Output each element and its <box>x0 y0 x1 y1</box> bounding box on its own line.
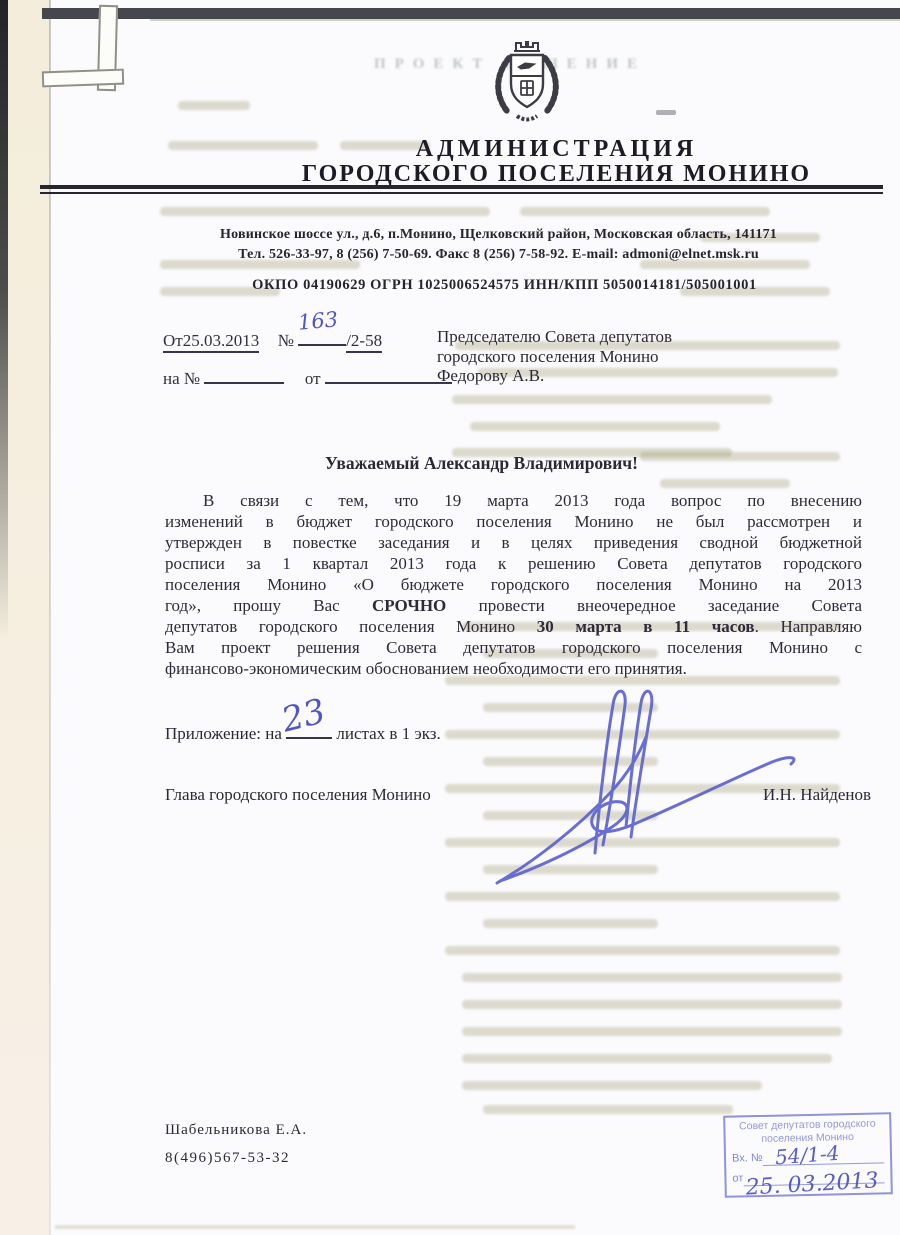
body-text-line: год», прошу Вас СРОЧНО провести внеочере… <box>165 595 862 616</box>
reply-number-blank <box>204 367 284 384</box>
stamp-date-line: 25. 03.2013 <box>743 1164 884 1186</box>
bleedthrough-text-line <box>462 1027 842 1036</box>
attachment-count-handwritten: 23 <box>278 691 330 740</box>
attachment-line: Приложение: на 23 листах в 1 экз. <box>165 722 441 744</box>
greeting-line: Уважаемый Александр Владимирович! <box>133 453 830 474</box>
org-title-line1: АДМИНИСТРАЦИЯ <box>208 136 900 163</box>
body-text-line: Вам проект решения Совета депутатов горо… <box>165 637 862 658</box>
reply-date-label: от <box>305 369 321 388</box>
bleedthrough-text-line <box>452 395 772 404</box>
reply-number-label: на № <box>163 369 200 388</box>
scan-artifact-dash <box>656 110 676 115</box>
signer-position: Глава городского поселения Монино <box>165 785 431 805</box>
bleedthrough-text-line <box>160 207 490 216</box>
body-text-line: депутатов городского поселения Монино 30… <box>165 616 862 637</box>
bleedthrough-text-line <box>462 1054 832 1063</box>
body-text-line: изменений в бюджет городского поселения … <box>165 511 862 532</box>
scanner-top-bar <box>42 8 900 19</box>
org-registry-line: ОКПО 04190629 ОГРН 1025006524575 ИНН/КПП… <box>156 277 853 294</box>
bleedthrough-text-line <box>483 919 658 928</box>
reply-reference-row: на № от <box>163 367 452 389</box>
header-rule <box>40 185 883 194</box>
bleedthrough-text-line <box>462 1081 762 1090</box>
bleedthrough-text-line <box>520 207 770 216</box>
reference-row: От25.03.2013 № 163/2-58 <box>163 329 382 351</box>
attachment-suffix: листах в 1 экз. <box>336 724 440 743</box>
bleedthrough-text-line <box>445 946 840 955</box>
bleedthrough-text-line <box>660 479 790 488</box>
attachment-count-blank: 23 <box>286 722 332 739</box>
executor-phone: 8(496)567-53-32 <box>165 1150 290 1167</box>
addressee-line1: Председателю Совета депутатов <box>437 327 672 347</box>
addressee-line2: городского поселения Монино <box>437 347 672 367</box>
reference-number-suffix: /2-58 <box>346 331 382 353</box>
paper-bottom-shadow <box>55 1225 575 1229</box>
bleedthrough-text-line <box>462 973 842 982</box>
bleedthrough-text-line <box>470 422 720 431</box>
addressee-line3: Федорову А.В. <box>437 366 672 386</box>
stamp-date-label: от <box>732 1172 743 1186</box>
reply-date-blank <box>325 367 452 384</box>
letter-body: В связи с тем, что 19 марта 2013 года во… <box>165 490 862 679</box>
body-text-line: утвержден в повестке заседания и в целях… <box>165 532 862 553</box>
org-address-line2: Тел. 526-33-97, 8 (256) 7-50-69. Факс 8 … <box>150 247 847 263</box>
attachment-prefix: Приложение: на <box>165 724 282 743</box>
bleedthrough-text-line <box>483 1105 733 1114</box>
bleedthrough-text-line <box>178 101 250 110</box>
incoming-stamp: Совет депутатов городского поселения Мон… <box>723 1112 893 1198</box>
reference-number-label: № <box>278 331 294 350</box>
reference-number-blank: 163 <box>298 329 346 346</box>
org-address-line1: Новинское шоссе ул., д.6, п.Монино, Щелк… <box>150 227 847 243</box>
scanner-top-bar-glow <box>150 19 900 21</box>
bleedthrough-text-line <box>462 1000 842 1009</box>
addressee-block: Председателю Совета депутатов городского… <box>437 327 672 386</box>
executor-name: Шабельникова Е.А. <box>165 1122 307 1139</box>
body-text-line: В связи с тем, что 19 марта 2013 года во… <box>165 490 862 511</box>
scan-left-dark-edge <box>0 0 8 640</box>
body-text-line: поселения Монино «О бюджете городского п… <box>165 574 862 595</box>
stamp-date-value: 25. 03.2013 <box>745 1168 879 1200</box>
signature-ink <box>440 675 840 895</box>
binder-clip-horizontal <box>42 69 125 88</box>
coat-of-arms-icon <box>487 38 567 128</box>
body-text-line: росписи за 1 квартал 2013 года к решению… <box>165 553 862 574</box>
stamp-in-number-line: 54/1-4 <box>762 1144 884 1166</box>
org-title-line2: ГОРОДСКОГО ПОСЕЛЕНИЯ МОНИНО <box>208 161 900 188</box>
scanned-letter: ПРОЕКТ РЕШЕНИЕ АДМИНИСТРАЦИЯ ГОРОДСКОГО … <box>0 0 900 1235</box>
reference-date: От25.03.2013 <box>163 331 259 353</box>
reference-number-handwritten: 163 <box>297 307 339 334</box>
stamp-in-number-label: Вх. № <box>732 1152 763 1167</box>
